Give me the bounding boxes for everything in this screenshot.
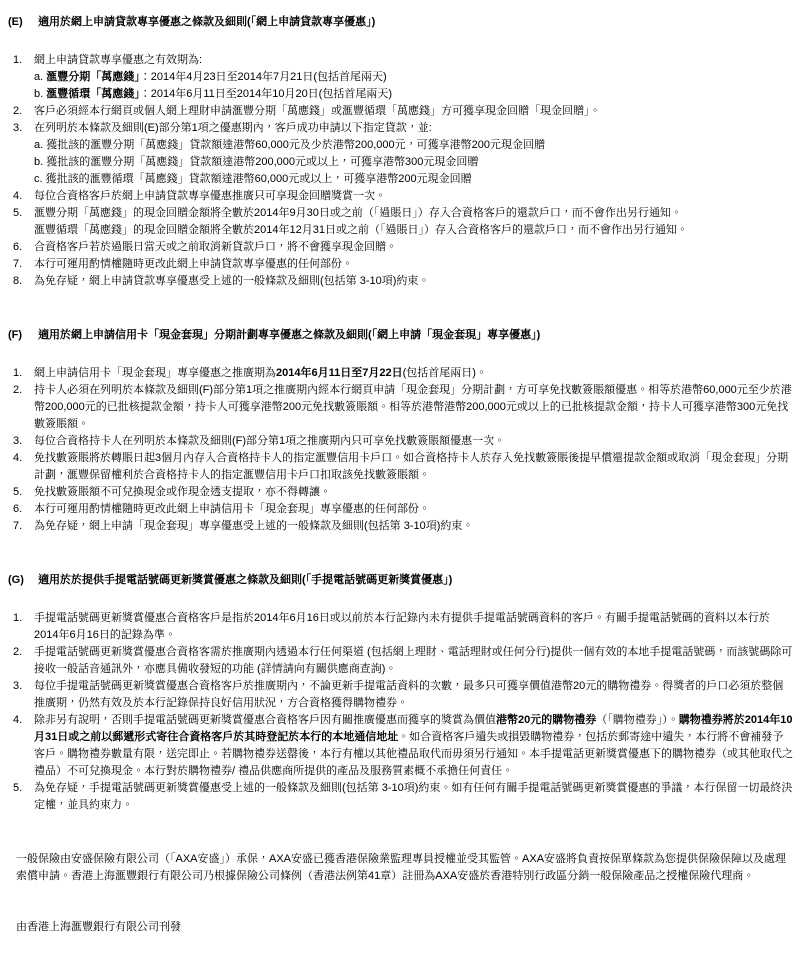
term-item-number: 3.	[8, 120, 34, 188]
term-item-body: 為免存疑，網上申請貸款專享優惠受上述的一般條款及細則(包括第 3-10項)約束。	[34, 273, 794, 290]
term-line: 滙豐分期「萬應錢」的現金回贈金額將全數於2014年9月30日或之前（「過賬日」）…	[34, 205, 794, 222]
term-item-body: 免找數簽賬額不可兌換現金或作現金透支提取，亦不得轉讓。	[34, 484, 794, 501]
term-item-number: 2.	[8, 103, 34, 120]
term-item-number: 6.	[8, 239, 34, 256]
term-item: 7.為免存疑，網上申請「現金套現」專享優惠受上述的一般條款及細則(包括第 3-1…	[8, 518, 794, 535]
text-run: 除非另有說明，否則手提電話號碼更新獎賞優惠合資格客戶因有關推廣優惠而獲享的獎賞為…	[34, 714, 496, 726]
insurance-disclaimer: 一般保險由安盛保險有限公司（「AXA安盛」）承保，AXA安盛已獲香港保險業監理專…	[8, 851, 794, 885]
text-run: 本行可運用酌情權隨時更改此網上申請貸款專享優惠的任何部份。	[34, 258, 353, 270]
section-heading-g: (G)適用於於提供手提電話號碼更新獎賞優惠之條款及細則(「手提電話號碼更新獎賞優…	[8, 572, 794, 589]
bold-text: 2014年6月11日至7月22日	[276, 367, 403, 379]
text-run: 每位合資格客戶於網上申請貸款專享優惠推廣只可享現金回贈獎賞一次。	[34, 190, 386, 202]
term-item-body: 手提電話號碼更新獎賞優惠合資格客戶是指於2014年6月16日或以前於本行記錄內未…	[34, 610, 794, 644]
section-letter: (F)	[8, 327, 38, 344]
text-run: （「購物禮券」）。	[596, 714, 679, 726]
term-item-number: 7.	[8, 518, 34, 535]
bold-text: 滙豐循環「萬應錢」	[46, 88, 140, 100]
term-item: 1.手提電話號碼更新獎賞優惠合資格客戶是指於2014年6月16日或以前於本行記錄…	[8, 610, 794, 644]
term-line: 手提電話號碼更新獎賞優惠合資格客需於推廣期內透過本行任何渠道 (包括網上理財、電…	[34, 644, 794, 678]
text-run: 手提電話號碼更新獎賞優惠合資格客戶是指於2014年6月16日或以前於本行記錄內未…	[34, 612, 770, 641]
text-run: 手提電話號碼更新獎賞優惠合資格客需於推廣期內透過本行任何渠道 (包括網上理財、電…	[34, 646, 792, 675]
term-item-number: 5.	[8, 484, 34, 501]
term-item-number: 1.	[8, 365, 34, 382]
text-run: 網上申請信用卡「現金套現」專享優惠之推廣期為	[34, 367, 276, 379]
term-line: 手提電話號碼更新獎賞優惠合資格客戶是指於2014年6月16日或以前於本行記錄內未…	[34, 610, 794, 644]
term-item-body: 網上申請信用卡「現金套現」專享優惠之推廣期為2014年6月11日至7月22日(包…	[34, 365, 794, 382]
term-line: 免找數簽賬額不可兌換現金或作現金透支提取，亦不得轉讓。	[34, 484, 794, 501]
term-item: 4.每位合資格客戶於網上申請貸款專享優惠推廣只可享現金回贈獎賞一次。	[8, 188, 794, 205]
text-run: 客戶必須經本行網頁或個人網上理財申請滙豐分期「萬應錢」或滙豐循環「萬應錢」方可獲…	[34, 105, 601, 117]
term-item-body: 手提電話號碼更新獎賞優惠合資格客需於推廣期內透過本行任何渠道 (包括網上理財、電…	[34, 644, 794, 678]
text-run: 每位手提電話號碼更新獎賞優惠合資格客戶於推廣期內，不論更新手提電話資料的次數，最…	[34, 680, 783, 709]
term-line: 客戶必須經本行網頁或個人網上理財申請滙豐分期「萬應錢」或滙豐循環「萬應錢」方可獲…	[34, 103, 794, 120]
term-item-body: 每位手提電話號碼更新獎賞優惠合資格客戶於推廣期內，不論更新手提電話資料的次數，最…	[34, 678, 794, 712]
term-item-body: 本行可運用酌情權隨時更改此網上申請貸款專享優惠的任何部份。	[34, 256, 794, 273]
term-line: c. 獲批該的滙豐循環「萬應錢」貸款額達港幣60,000元或以上，可獲享港幣20…	[34, 171, 794, 188]
term-item: 7.本行可運用酌情權隨時更改此網上申請貸款專享優惠的任何部份。	[8, 256, 794, 273]
term-item-number: 4.	[8, 188, 34, 205]
term-line: b. 滙豐循環「萬應錢」：2014年6月11日至2014年10月20日(包括首尾…	[34, 86, 794, 103]
section-title: 適用於網上申請貸款專享優惠之條款及細則(「網上申請貸款專享優惠」)	[38, 14, 794, 31]
section-g: (G)適用於於提供手提電話號碼更新獎賞優惠之條款及細則(「手提電話號碼更新獎賞優…	[8, 572, 794, 814]
term-item-body: 免找數簽賬將於轉賬日起3個月內存入合資格持卡人的指定滙豐信用卡戶口。如合資格持卡…	[34, 450, 794, 484]
term-item-body: 網上申請貸款專享優惠之有效期為:a. 滙豐分期「萬應錢」：2014年4月23日至…	[34, 52, 794, 103]
term-item: 2.手提電話號碼更新獎賞優惠合資格客需於推廣期內透過本行任何渠道 (包括網上理財…	[8, 644, 794, 678]
section-f: (F)適用於網上申請信用卡「現金套現」分期計劃專享優惠之條款及細則(「網上申請「…	[8, 327, 794, 535]
term-line: a. 滙豐分期「萬應錢」：2014年4月23日至2014年7月21日(包括首尾兩…	[34, 69, 794, 86]
text-run: 持卡人必須在列明於本條款及細則(F)部分第1項之推廣期內經本行網頁申請「現金套現…	[34, 384, 792, 430]
term-line: 滙豐循環「萬應錢」的現金回贈金額將全數於2014年12月31日或之前（「過賬日」…	[34, 222, 794, 239]
term-item-body: 在列明於本條款及細則(E)部分第1項之優惠期內，客戶成功申請以下指定貸款，並:a…	[34, 120, 794, 188]
text-run: (包括首尾兩日)。	[403, 367, 487, 379]
text-run: 為免存疑，網上申請貸款專享優惠受上述的一般條款及細則(包括第 3-10項)約束。	[34, 275, 429, 287]
term-line: 本行可運用酌情權隨時更改此網上申請信用卡「現金套現」專享優惠的任何部份。	[34, 501, 794, 518]
term-line: 合資格客戶若於過賬日當天或之前取消新貸款戶口，將不會獲享現金回贈。	[34, 239, 794, 256]
term-line: 為免存疑，網上申請「現金套現」專享優惠受上述的一般條款及細則(包括第 3-10項…	[34, 518, 794, 535]
term-item: 2.持卡人必須在列明於本條款及細則(F)部分第1項之推廣期內經本行網頁申請「現金…	[8, 382, 794, 433]
term-item-number: 6.	[8, 501, 34, 518]
term-line: 除非另有說明，否則手提電話號碼更新獎賞優惠合資格客戶因有關推廣優惠而獲享的獎賞為…	[34, 712, 794, 780]
text-run: a. 獲批該的滙豐分期「萬應錢」貸款額達港幣60,000元及少於港幣200,00…	[34, 139, 545, 151]
term-item: 4.免找數簽賬將於轉賬日起3個月內存入合資格持卡人的指定滙豐信用卡戶口。如合資格…	[8, 450, 794, 484]
term-item-body: 為免存疑，網上申請「現金套現」專享優惠受上述的一般條款及細則(包括第 3-10項…	[34, 518, 794, 535]
document: (E)適用於網上申請貸款專享優惠之條款及細則(「網上申請貸款專享優惠」)1.網上…	[0, 0, 800, 960]
text-run: 合資格客戶若於過賬日當天或之前取消新貸款戶口，將不會獲享現金回贈。	[34, 241, 397, 253]
term-item-number: 5.	[8, 780, 34, 814]
term-item: 3.每位合資格持卡人在列明於本條款及細則(F)部分第1項之推廣期內只可享免找數簽…	[8, 433, 794, 450]
term-item-number: 4.	[8, 450, 34, 484]
term-item-body: 本行可運用酌情權隨時更改此網上申請信用卡「現金套現」專享優惠的任何部份。	[34, 501, 794, 518]
term-line: 每位合資格客戶於網上申請貸款專享優惠推廣只可享現金回贈獎賞一次。	[34, 188, 794, 205]
text-run: 滙豐分期「萬應錢」的現金回贈金額將全數於2014年9月30日或之前（「過賬日」）…	[34, 207, 682, 219]
term-line: 為免存疑，手提電話號碼更新獎賞優惠受上述的一般條款及細則(包括第 3-10項)約…	[34, 780, 794, 814]
term-item: 6.合資格客戶若於過賬日當天或之前取消新貸款戶口，將不會獲享現金回贈。	[8, 239, 794, 256]
text-run: 為免存疑，手提電話號碼更新獎賞優惠受上述的一般條款及細則(包括第 3-10項)約…	[34, 782, 792, 811]
term-item: 2.客戶必須經本行網頁或個人網上理財申請滙豐分期「萬應錢」或滙豐循環「萬應錢」方…	[8, 103, 794, 120]
text-run: b. 獲批該的滙豐分期「萬應錢」貸款額達港幣200,000元或以上，可獲享港幣3…	[34, 156, 478, 168]
term-item-number: 2.	[8, 382, 34, 433]
term-item-body: 為免存疑，手提電話號碼更新獎賞優惠受上述的一般條款及細則(包括第 3-10項)約…	[34, 780, 794, 814]
term-item-number: 4.	[8, 712, 34, 780]
term-line: 在列明於本條款及細則(E)部分第1項之優惠期內，客戶成功申請以下指定貸款，並:	[34, 120, 794, 137]
bold-text: 港幣20元的購物禮券	[496, 714, 596, 726]
term-line: 每位合資格持卡人在列明於本條款及細則(F)部分第1項之推廣期內只可享免找數簽賬額…	[34, 433, 794, 450]
term-line: a. 獲批該的滙豐分期「萬應錢」貸款額達港幣60,000元及少於港幣200,00…	[34, 137, 794, 154]
text-run: 滙豐循環「萬應錢」的現金回贈金額將全數於2014年12月31日或之前（「過賬日」…	[34, 224, 688, 236]
term-item-body: 合資格客戶若於過賬日當天或之前取消新貸款戶口，將不會獲享現金回贈。	[34, 239, 794, 256]
term-item: 5.免找數簽賬額不可兌換現金或作現金透支提取，亦不得轉讓。	[8, 484, 794, 501]
term-line: 網上申請貸款專享優惠之有效期為:	[34, 52, 794, 69]
term-item-number: 3.	[8, 433, 34, 450]
text-run: 本行可運用酌情權隨時更改此網上申請信用卡「現金套現」專享優惠的任何部份。	[34, 503, 430, 515]
text-run: ：2014年6月11日至2014年10月20日(包括首尾兩天)	[140, 88, 392, 100]
section-letter: (E)	[8, 14, 38, 31]
term-line: 每位手提電話號碼更新獎賞優惠合資格客戶於推廣期內，不論更新手提電話資料的次數，最…	[34, 678, 794, 712]
term-item: 3.在列明於本條款及細則(E)部分第1項之優惠期內，客戶成功申請以下指定貸款，並…	[8, 120, 794, 188]
text-run: ：2014年4月23日至2014年7月21日(包括首尾兩天)	[140, 71, 387, 83]
term-item-number: 5.	[8, 205, 34, 239]
bold-text: 滙豐分期「萬應錢」	[46, 71, 140, 83]
term-line: b. 獲批該的滙豐分期「萬應錢」貸款額達港幣200,000元或以上，可獲享港幣3…	[34, 154, 794, 171]
term-item-body: 客戶必須經本行網頁或個人網上理財申請滙豐分期「萬應錢」或滙豐循環「萬應錢」方可獲…	[34, 103, 794, 120]
term-item-body: 每位合資格客戶於網上申請貸款專享優惠推廣只可享現金回贈獎賞一次。	[34, 188, 794, 205]
term-item: 8.為免存疑，網上申請貸款專享優惠受上述的一般條款及細則(包括第 3-10項)約…	[8, 273, 794, 290]
term-item: 4.除非另有說明，否則手提電話號碼更新獎賞優惠合資格客戶因有關推廣優惠而獲享的獎…	[8, 712, 794, 780]
term-item-number: 1.	[8, 610, 34, 644]
text-run: a.	[34, 71, 46, 83]
section-title: 適用於於提供手提電話號碼更新獎賞優惠之條款及細則(「手提電話號碼更新獎賞優惠」)	[38, 572, 794, 589]
term-item-number: 1.	[8, 52, 34, 103]
term-item-body: 滙豐分期「萬應錢」的現金回贈金額將全數於2014年9月30日或之前（「過賬日」）…	[34, 205, 794, 239]
term-item-number: 3.	[8, 678, 34, 712]
term-line: 本行可運用酌情權隨時更改此網上申請貸款專享優惠的任何部份。	[34, 256, 794, 273]
term-item-number: 7.	[8, 256, 34, 273]
term-item: 5.滙豐分期「萬應錢」的現金回贈金額將全數於2014年9月30日或之前（「過賬日…	[8, 205, 794, 239]
term-item: 1.網上申請信用卡「現金套現」專享優惠之推廣期為2014年6月11日至7月22日…	[8, 365, 794, 382]
section-heading-f: (F)適用於網上申請信用卡「現金套現」分期計劃專享優惠之條款及細則(「網上申請「…	[8, 327, 794, 344]
term-item: 3.每位手提電話號碼更新獎賞優惠合資格客戶於推廣期內，不論更新手提電話資料的次數…	[8, 678, 794, 712]
section-letter: (G)	[8, 572, 38, 589]
term-item-body: 持卡人必須在列明於本條款及細則(F)部分第1項之推廣期內經本行網頁申請「現金套現…	[34, 382, 794, 433]
text-run: 為免存疑，網上申請「現金套現」專享優惠受上述的一般條款及細則(包括第 3-10項…	[34, 520, 473, 532]
text-run: 在列明於本條款及細則(E)部分第1項之優惠期內，客戶成功申請以下指定貸款，並:	[34, 122, 432, 134]
term-item: 1.網上申請貸款專享優惠之有效期為:a. 滙豐分期「萬應錢」：2014年4月23…	[8, 52, 794, 103]
term-line: 為免存疑，網上申請貸款專享優惠受上述的一般條款及細則(包括第 3-10項)約束。	[34, 273, 794, 290]
term-line: 網上申請信用卡「現金套現」專享優惠之推廣期為2014年6月11日至7月22日(包…	[34, 365, 794, 382]
term-item-number: 8.	[8, 273, 34, 290]
text-run: 每位合資格持卡人在列明於本條款及細則(F)部分第1項之推廣期內只可享免找數簽賬額…	[34, 435, 505, 447]
section-title: 適用於網上申請信用卡「現金套現」分期計劃專享優惠之條款及細則(「網上申請「現金套…	[38, 327, 794, 344]
publisher-line: 由香港上海滙豐銀行有限公司刊發	[8, 919, 794, 936]
text-run: 網上申請貸款專享優惠之有效期為:	[34, 54, 202, 66]
term-item-body: 每位合資格持卡人在列明於本條款及細則(F)部分第1項之推廣期內只可享免找數簽賬額…	[34, 433, 794, 450]
term-item: 6.本行可運用酌情權隨時更改此網上申請信用卡「現金套現」專享優惠的任何部份。	[8, 501, 794, 518]
term-item: 5.為免存疑，手提電話號碼更新獎賞優惠受上述的一般條款及細則(包括第 3-10項…	[8, 780, 794, 814]
text-run: c. 獲批該的滙豐循環「萬應錢」貸款額達港幣60,000元或以上，可獲享港幣20…	[34, 173, 472, 185]
section-heading-e: (E)適用於網上申請貸款專享優惠之條款及細則(「網上申請貸款專享優惠」)	[8, 14, 794, 31]
text-run: 免找數簽賬額不可兌換現金或作現金透支提取，亦不得轉讓。	[34, 486, 331, 498]
section-e: (E)適用於網上申請貸款專享優惠之條款及細則(「網上申請貸款專享優惠」)1.網上…	[8, 14, 794, 290]
terms-sections: (E)適用於網上申請貸款專享優惠之條款及細則(「網上申請貸款專享優惠」)1.網上…	[8, 14, 794, 814]
term-line: 持卡人必須在列明於本條款及細則(F)部分第1項之推廣期內經本行網頁申請「現金套現…	[34, 382, 794, 433]
term-line: 免找數簽賬將於轉賬日起3個月內存入合資格持卡人的指定滙豐信用卡戶口。如合資格持卡…	[34, 450, 794, 484]
text-run: b.	[34, 88, 46, 100]
term-item-number: 2.	[8, 644, 34, 678]
term-item-body: 除非另有說明，否則手提電話號碼更新獎賞優惠合資格客戶因有關推廣優惠而獲享的獎賞為…	[34, 712, 794, 780]
text-run: 免找數簽賬將於轉賬日起3個月內存入合資格持卡人的指定滙豐信用卡戶口。如合資格持卡…	[34, 452, 788, 481]
